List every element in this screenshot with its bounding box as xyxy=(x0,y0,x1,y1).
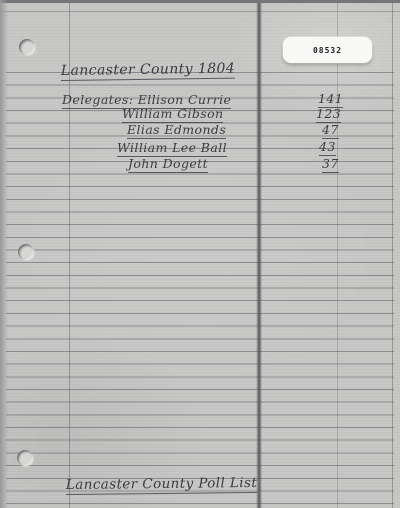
catalog-number-sticker: 08532 xyxy=(283,37,372,63)
paper-crease-line xyxy=(256,3,262,508)
delegate-row-votes: 43 xyxy=(319,140,336,156)
delegate-row-votes: 47 xyxy=(322,123,339,139)
punch-hole-bottom xyxy=(17,450,33,466)
page-title: Lancaster County 1804 xyxy=(61,61,236,81)
delegate-row-name: John Dogett xyxy=(128,157,208,173)
scan-left-edge xyxy=(0,0,8,508)
scanned-notebook-page: 08532 Lancaster County 1804 Delegates: E… xyxy=(0,0,400,508)
top-margin-rule xyxy=(0,11,400,12)
punch-hole-top xyxy=(19,39,35,55)
delegate-row-votes: 37 xyxy=(322,157,339,173)
punch-hole-middle xyxy=(18,244,34,260)
delegate-row-name: William Gibson xyxy=(122,107,223,123)
delegate-row-votes: 123 xyxy=(316,107,341,123)
delegate-row-name: William Lee Ball xyxy=(117,141,227,157)
footer-title: Lancaster County Poll List xyxy=(66,475,257,495)
catalog-number: 08532 xyxy=(313,46,342,55)
right-margin-line xyxy=(392,3,393,508)
delegate-row-name: Elias Edmonds xyxy=(127,123,226,139)
scan-top-edge xyxy=(0,0,400,3)
faint-vertical-line xyxy=(337,3,338,508)
